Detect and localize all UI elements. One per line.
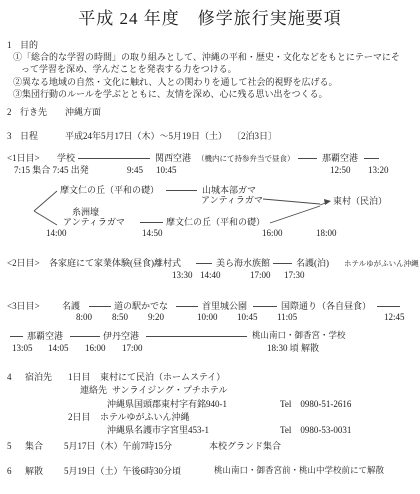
day3-stop-naha-airport: 那覇空港: [27, 331, 63, 341]
dismissal-place: 桃山南口・御香宮前・桃山中学校前にて解散: [214, 466, 384, 476]
day2-time-1440: 14:40: [200, 270, 221, 280]
day1-time-1450: 14:50: [142, 228, 163, 238]
day3-time-1405: 14:05: [48, 343, 69, 353]
arrow-head-icon: [324, 199, 331, 205]
route-line: [377, 306, 400, 307]
document-page: 平成 24 年度 修学旅行実施要項 1 目的 ①「総合的な学習の時間」の取り組み…: [0, 0, 420, 494]
day3-time-1600: 16:00: [85, 343, 106, 353]
day1-stop-mabuni-hill-b: 摩文仁の丘（平和の礎）: [166, 217, 265, 227]
assembly-section-number: 5: [7, 441, 12, 451]
assembly-place: 本校グランド集合: [209, 441, 281, 451]
day3-stop-shuri-castle: 首里城公園: [202, 301, 247, 311]
schedule-section-label: 日程: [20, 131, 38, 141]
purpose-item-2: ②異なる地域の自然・文化に触れ、人との関わりを通して社会的視野を広げる。: [13, 77, 338, 87]
assembly-datetime: 5月17日（木）午前7時15分: [64, 441, 172, 451]
lodging-section-number: 4: [7, 372, 12, 382]
day3-stop-itami-airport: 伊丹空港: [103, 331, 139, 341]
destination-section-number: 2: [7, 107, 12, 117]
day2-hotel-name: ホテルゆがふいん沖縄: [344, 260, 419, 269]
purpose-item-3: ③集団行動のルールを学ぶとともに、友情を深め、心に残る思い出をつくる。: [13, 89, 327, 99]
day3-time-1700: 17:00: [122, 343, 143, 353]
dismissal-section-label: 解散: [25, 466, 43, 476]
purpose-section-number: 1: [7, 40, 12, 50]
route-line: [140, 222, 163, 223]
day1-stop-itosu-cave: 糸洲壕: [72, 207, 99, 217]
lodging-section-label: 宿泊先: [25, 372, 52, 382]
destination-value: 沖縄方面: [65, 107, 101, 117]
day3-time-0920: 9:20: [148, 312, 164, 322]
lodging-tel-2: Tel 0980-53-0031: [280, 425, 351, 435]
assembly-section-label: 集合: [25, 441, 43, 451]
day1-header: <1日目>: [7, 153, 40, 163]
day1-stop-antira-gama-a: アンティラガマ: [201, 195, 263, 205]
day1-time-depart: 7:15 集合 7:45 出発: [14, 165, 89, 175]
route-line: [196, 263, 212, 264]
purpose-section-label: 目的: [20, 40, 38, 50]
day3-header: <3日目>: [7, 301, 40, 311]
route-line: [78, 158, 150, 159]
lodging-day1-label: 1日目: [68, 372, 91, 382]
day2-time-1330: 13:30: [172, 270, 193, 280]
lodging-day2-value: ホテルゆがふいん沖縄: [100, 412, 190, 422]
route-line: [89, 306, 111, 307]
day3-time-1105: 11:05: [277, 312, 297, 322]
day1-stop-higashi-village: 東村（民泊）: [333, 196, 387, 206]
day2-header: <2日目>: [7, 258, 40, 268]
lodging-day1-value: 東村にて民泊（ホームステイ）: [100, 372, 225, 382]
day3-time-0800: 8:00: [76, 312, 92, 322]
route-line: [364, 158, 379, 159]
day1-stop-yamashiro-gama: 山城本部ガマ: [202, 185, 256, 195]
schedule-dates: 平成24年5月17日（木）～5月19日（土）: [65, 131, 227, 141]
day1-time-1250: 12:50: [330, 165, 351, 175]
day1-time-1600: 16:00: [262, 228, 283, 238]
day2-stop-nago: 名護(泊): [296, 258, 329, 268]
destination-section-label: 行き先: [20, 107, 47, 117]
lodging-address-1: 沖縄県国頭郡東村字有銘940-1: [107, 399, 227, 409]
day3-time-1045: 10:45: [237, 312, 258, 322]
day3-dismiss-time: 18:30 頃 解散: [267, 343, 319, 353]
day3-stop-kadena: 道の駅かでな: [114, 301, 168, 311]
day1-time-1320: 13:20: [368, 165, 389, 175]
day1-time-1400: 14:00: [46, 228, 67, 238]
lodging-tel-1: Tel 0980-51-2616: [280, 399, 351, 409]
schedule-duration: 〔2泊3日〕: [232, 131, 277, 141]
lodging-contact-label: 連絡先: [80, 385, 107, 395]
route-line: [10, 336, 23, 337]
route-line: [146, 336, 247, 337]
lodging-day2-label: 2日目: [68, 412, 91, 422]
day1-stop-mabuni-hill-a: 摩文仁の丘（平和の礎）: [60, 185, 159, 195]
day1-stop-antira-gama-b: アンティラガマ: [63, 217, 125, 227]
day3-time-1245: 12:45: [384, 312, 405, 322]
day2-stop-churaumi-aquarium: 美ら海水族館: [216, 258, 270, 268]
day2-activity: 各家庭にて家業体験(昼食)離村式: [49, 258, 181, 268]
day3-time-1305: 13:05: [12, 343, 33, 353]
route-line: [70, 336, 100, 337]
purpose-item-1-line-2: って学習を深め、学んだことを発表する力をつける。: [21, 64, 237, 74]
day1-time-1045: 10:45: [156, 165, 177, 175]
day3-time-0850: 8:50: [112, 312, 128, 322]
day1-time-0945: 9:45: [127, 165, 143, 175]
day1-time-1800: 18:00: [316, 228, 337, 238]
dismissal-datetime: 5月19日（土）午後6時30分頃: [64, 466, 181, 476]
route-line: [273, 263, 292, 264]
lodging-address-2: 沖縄県名護市字宮里453-1: [107, 425, 209, 435]
day3-time-1000: 10:00: [197, 312, 218, 322]
lodging-contact-value: サンライジング・プチホテル: [112, 385, 227, 395]
day1-stop-kansai-airport: 関西空港: [155, 153, 191, 163]
day1-stop-school: 学校: [57, 153, 75, 163]
day3-stop-momoyama: 桃山南口・御香宮・学校: [252, 331, 346, 341]
day3-stop-nago: 名護: [62, 301, 80, 311]
day1-stop-naha-airport: 那覇空港: [322, 153, 358, 163]
day2-time-1700: 17:00: [250, 270, 271, 280]
route-line: [166, 190, 197, 191]
day3-stop-kokusai-street: 国際通り（各自昼食）: [281, 301, 371, 311]
route-line: [298, 158, 317, 159]
day1-lunch-note: （機内にて持参弁当で昼食）: [197, 155, 295, 164]
schedule-section-number: 3: [7, 131, 12, 141]
dismissal-section-number: 6: [7, 466, 12, 476]
route-line: [176, 306, 198, 307]
day2-time-1730: 17:30: [284, 270, 305, 280]
doc-title: 平成 24 年度 修学旅行実施要項: [0, 4, 420, 29]
purpose-item-1-line-1: ①「総合的な学習の時間」の取り組みとして、沖縄の平和・歴史・文化などをもとにテー…: [13, 52, 400, 62]
route-line: [253, 306, 277, 307]
